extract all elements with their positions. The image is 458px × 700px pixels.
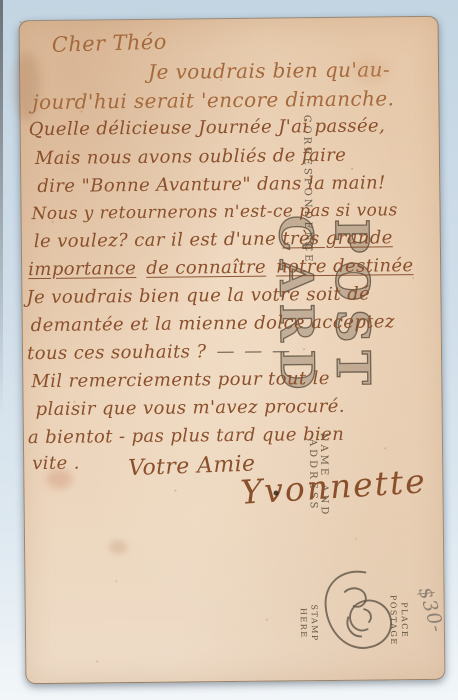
postage-stamp-box: PLACE POSTAGE STAMP HERE [293,565,424,670]
handwritten-line: Je voudrais bien que la votre soit dé [26,284,370,309]
handwritten-line: a bientot - pas plus tard que bien [28,424,344,448]
signature: Yvonnette [239,461,427,512]
place-postage-label: PLACE POSTAGE [387,585,410,655]
photo-edge-shadow [0,0,3,420]
handwritten-line: jourd'hui serait 'encore dimanche. [32,86,394,114]
handwritten-line: Quelle délicieuse Journée J'ai passée, [29,115,386,140]
handwritten-line: demantée et la mienne dolce acceptez [31,311,395,336]
handwritten-line: vite . [32,453,80,474]
salutation-line: Cher Théo [51,30,167,57]
postcard-back: CORRESPONDENCE POST CARD NAME AND ADDRES… [19,16,446,684]
paper-specks [20,21,22,23]
handwritten-line: plaisir que vous m'avez procuré. [36,396,346,420]
stamp-here-label: STAMP HERE [297,588,320,658]
paper-stain [109,540,127,554]
closing-line: Votre Amie [128,451,256,481]
handwritten-line: Je voudrais bien qu'au- [148,57,390,84]
handwritten-line: le voulez? car il est d'une très grande [34,227,393,252]
handwritten-line: Nous y retournerons n'est-ce pas si vous [31,200,397,224]
handwritten-line: tous ces souhaits ?— — — [27,340,292,364]
handwritten-line: Mais nous avons oubliés de faire [35,145,347,169]
handwritten-line: importancede connaîtrenotre destinée [28,255,414,280]
ink-blot [273,491,278,496]
postcard-photo: CORRESPONDENCE POST CARD NAME AND ADDRES… [0,0,458,700]
cyko-swirl-icon [317,567,398,664]
handwritten-line: dire "Bonne Avanture" dans la main! [37,172,386,197]
handwritten-line: Mil remerciements pour tout le [31,368,330,392]
